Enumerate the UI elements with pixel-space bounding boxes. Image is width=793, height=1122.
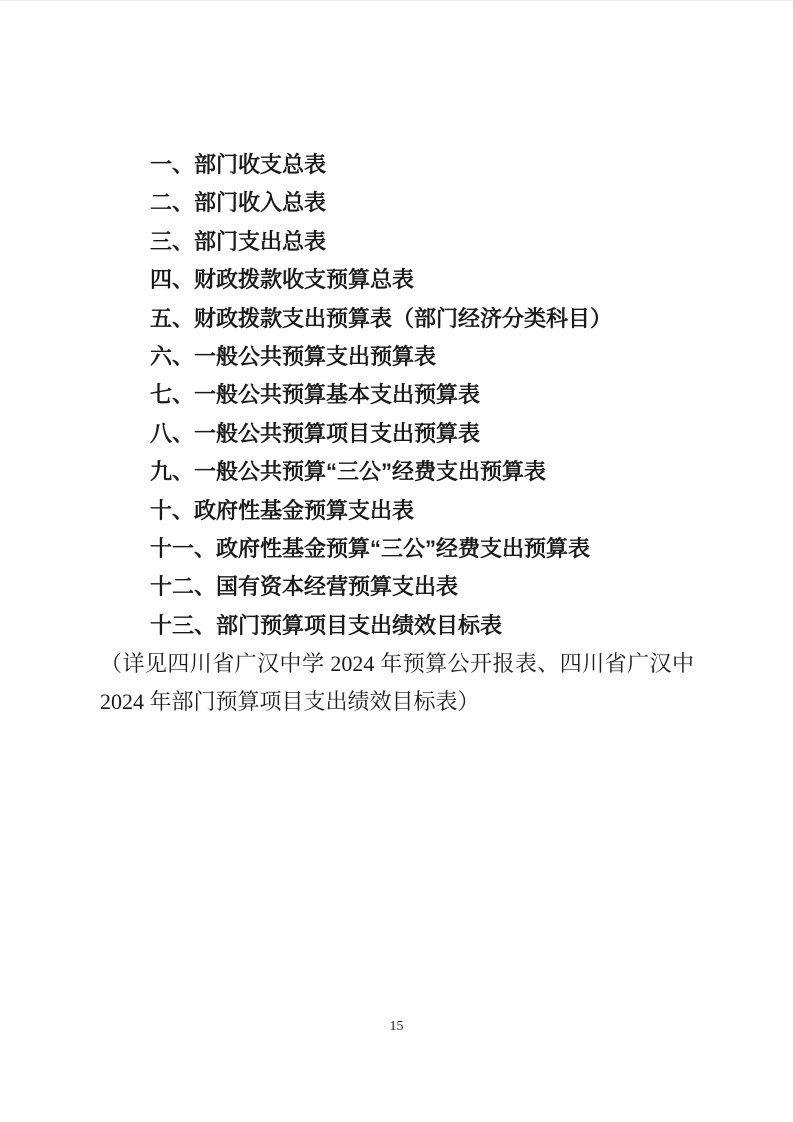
toc-item-4: 四、财政拨款收支预算总表 — [150, 261, 733, 299]
toc-item-6: 六、一般公共预算支出预算表 — [150, 338, 733, 376]
toc-item-3: 三、部门支出总表 — [150, 223, 733, 261]
note-line-1: （详见四川省广汉中学 2024 年预算公开报表、四川省广汉中学 — [100, 645, 694, 683]
toc-item-7: 七、一般公共预算基本支出预算表 — [150, 376, 733, 414]
note-line-2: 2024 年部门预算项目支出绩效目标表） — [100, 683, 694, 721]
toc-item-9: 九、一般公共预算“三公”经费支出预算表 — [150, 453, 733, 491]
document-page: 一、部门收支总表 二、部门收入总表 三、部门支出总表 四、财政拨款收支预算总表 … — [0, 0, 793, 1122]
toc-item-2: 二、部门收入总表 — [150, 184, 733, 222]
toc-item-8: 八、一般公共预算项目支出预算表 — [150, 415, 733, 453]
toc-item-13: 十三、部门预算项目支出绩效目标表 — [150, 607, 733, 645]
toc-item-11: 十一、政府性基金预算“三公”经费支出预算表 — [150, 530, 733, 568]
toc-item-5: 五、财政拨款支出预算表（部门经济分类科目） — [150, 300, 733, 338]
page-number: 15 — [0, 1019, 793, 1035]
toc-item-10: 十、政府性基金预算支出表 — [150, 492, 733, 530]
toc-item-12: 十二、国有资本经营预算支出表 — [150, 568, 733, 606]
toc-item-1: 一、部门收支总表 — [150, 146, 733, 184]
toc-list: 一、部门收支总表 二、部门收入总表 三、部门支出总表 四、财政拨款收支预算总表 … — [150, 146, 733, 645]
note-paragraph: （详见四川省广汉中学 2024 年预算公开报表、四川省广汉中学 2024 年部门… — [100, 645, 694, 722]
